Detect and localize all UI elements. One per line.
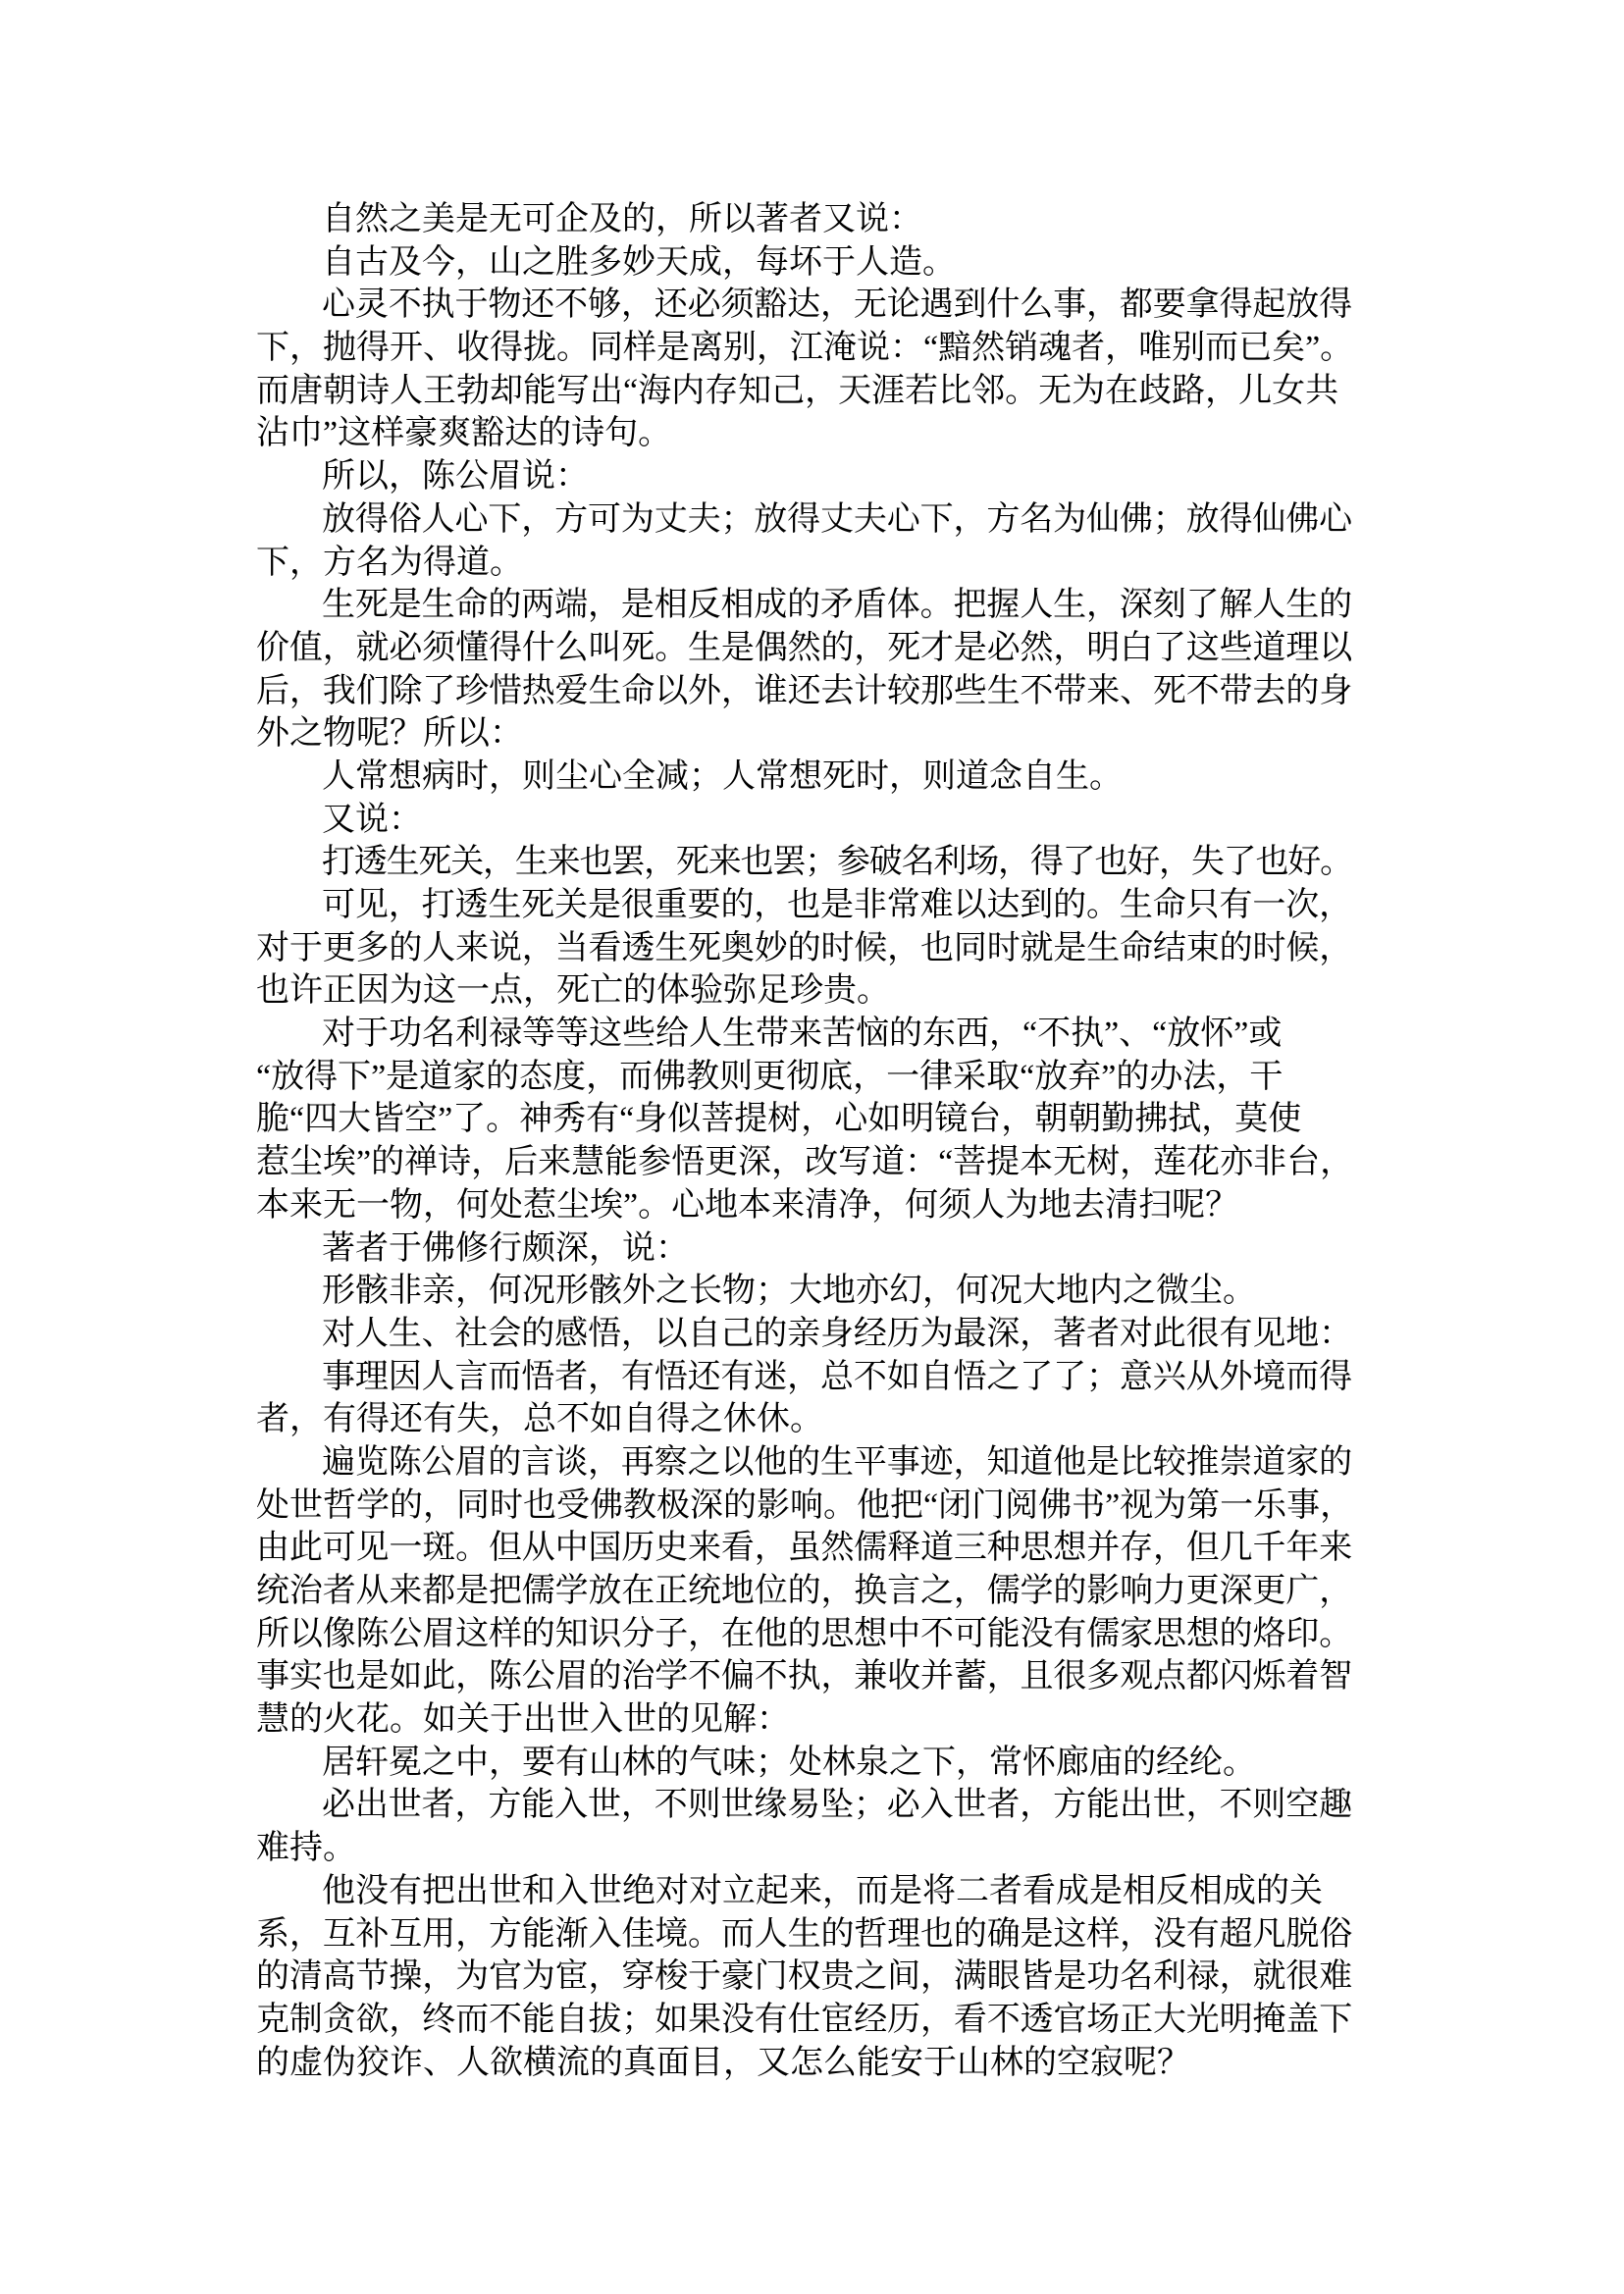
text-line: 事理因人言而悟者，有悟还有迷，总不如自悟之了了；意兴从外境而得 [256, 1356, 1352, 1399]
text-line: 他没有把出世和入世绝对对立起来，而是将二者看成是相反相成的关 [256, 1870, 1352, 1913]
text-line: 而唐朝诗人王勃却能写出“海内存知己，天涯若比邻。无为在歧路，儿女共 [256, 370, 1352, 413]
text-line: 遍览陈公眉的言谈，再察之以他的生平事迹，知道他是比较推崇道家的 [256, 1441, 1352, 1485]
text-line: 外之物呢？所以： [256, 712, 1352, 756]
text-line: 后，我们除了珍惜热爱生命以外，谁还去计较那些生不带来、死不带去的身 [256, 670, 1352, 713]
text-line: “放得下”是道家的态度，而佛教则更彻底，一律采取“放弃”的办法，干 [256, 1056, 1352, 1099]
text-line: 居轩冕之中，要有山林的气味；处林泉之下，常怀廊庙的经纶。 [256, 1742, 1352, 1785]
text-line: 自古及今，山之胜多妙天成，每坏于人造。 [256, 241, 1352, 285]
text-line: 心灵不执于物还不够，还必须豁达，无论遇到什么事，都要拿得起放得 [256, 284, 1352, 327]
text-line: 又说： [256, 799, 1352, 842]
text-line: 处世哲学的，同时也受佛教极深的影响。他把“闭门阅佛书”视为第一乐事， [256, 1485, 1352, 1528]
document-page: 自然之美是无可企及的，所以著者又说：自古及今，山之胜多妙天成，每坏于人造。心灵不… [0, 0, 1624, 2294]
text-line: 惹尘埃”的禅诗，后来慧能参悟更深，改写道：“菩提本无树，莲花亦非台， [256, 1141, 1352, 1184]
text-line: 对于功名利禄等等这些给人生带来苦恼的东西，“不执”、“放怀”或 [256, 1013, 1352, 1056]
text-line: 所以，陈公眉说： [256, 455, 1352, 498]
text-line: 放得俗人心下，方可为丈夫；放得丈夫心下，方名为仙佛；放得仙佛心 [256, 498, 1352, 542]
text-line: 对于更多的人来说，当看透生死奥妙的时候，也同时就是生命结束的时候， [256, 927, 1352, 970]
text-line: 所以像陈公眉这样的知识分子，在他的思想中不可能没有儒家思想的烙印。 [256, 1613, 1352, 1656]
text-line: 脆“四大皆空”了。神秀有“身似菩提树，心如明镜台，朝朝勤拂拭，莫使 [256, 1098, 1352, 1141]
text-line: 的虚伪狡诈、人欲横流的真面目，又怎么能安于山林的空寂呢？ [256, 2042, 1352, 2085]
text-line: 难持。 [256, 1827, 1352, 1870]
text-line: 也许正因为这一点，死亡的体验弥足珍贵。 [256, 969, 1352, 1013]
text-line: 慧的火花。如关于出世入世的见解： [256, 1698, 1352, 1742]
text-line: 下，方名为得道。 [256, 542, 1352, 585]
text-line: 人常想病时，则尘心全减；人常想死时，则道念自生。 [256, 756, 1352, 799]
text-line: 沾巾”这样豪爽豁达的诗句。 [256, 412, 1352, 455]
text-line: 自然之美是无可企及的，所以著者又说： [256, 198, 1352, 241]
text-line: 可见，打透生死关是很重要的，也是非常难以达到的。生命只有一次， [256, 884, 1352, 927]
text-line: 由此可见一斑。但从中国历史来看，虽然儒释道三种思想并存，但几千年来 [256, 1527, 1352, 1570]
text-line: 打透生死关，生来也罢，死来也罢；参破名利场，得了也好，失了也好。 [256, 841, 1352, 884]
text-line: 形骸非亲，何况形骸外之长物；大地亦幻，何况大地内之微尘。 [256, 1270, 1352, 1313]
text-line: 统治者从来都是把儒学放在正统地位的，换言之，儒学的影响力更深更广， [256, 1570, 1352, 1613]
text-line: 著者于佛修行颇深，说： [256, 1227, 1352, 1271]
text-line: 本来无一物，何处惹尘埃”。心地本来清净，何须人为地去清扫呢？ [256, 1184, 1352, 1227]
text-line: 生死是生命的两端，是相反相成的矛盾体。把握人生，深刻了解人生的 [256, 584, 1352, 627]
text-line: 下，抛得开、收得拢。同样是离别，江淹说：“黯然销魂者，唯别而已矣”。 [256, 327, 1352, 370]
text-line: 价值，就必须懂得什么叫死。生是偶然的，死才是必然，明白了这些道理以 [256, 627, 1352, 670]
text-line: 克制贪欲，终而不能自拔；如果没有仕宦经历，看不透官场正大光明掩盖下 [256, 1999, 1352, 2042]
text-line: 事实也是如此，陈公眉的治学不偏不执，兼收并蓄，且很多观点都闪烁着智 [256, 1655, 1352, 1698]
text-line: 必出世者，方能入世，不则世缘易坠；必入世者，方能出世，不则空趣 [256, 1784, 1352, 1827]
text-line: 对人生、社会的感悟，以自己的亲身经历为最深，著者对此很有见地： [256, 1313, 1352, 1356]
document-body-text: 自然之美是无可企及的，所以著者又说：自古及今，山之胜多妙天成，每坏于人造。心灵不… [256, 198, 1352, 2084]
text-line: 者，有得还有失，总不如自得之休休。 [256, 1398, 1352, 1441]
text-line: 的清高节操，为官为宦，穿梭于豪门权贵之间，满眼皆是功名利禄，就很难 [256, 1955, 1352, 1999]
text-line: 系，互补互用，方能渐入佳境。而人生的哲理也的确是这样，没有超凡脱俗 [256, 1913, 1352, 1956]
